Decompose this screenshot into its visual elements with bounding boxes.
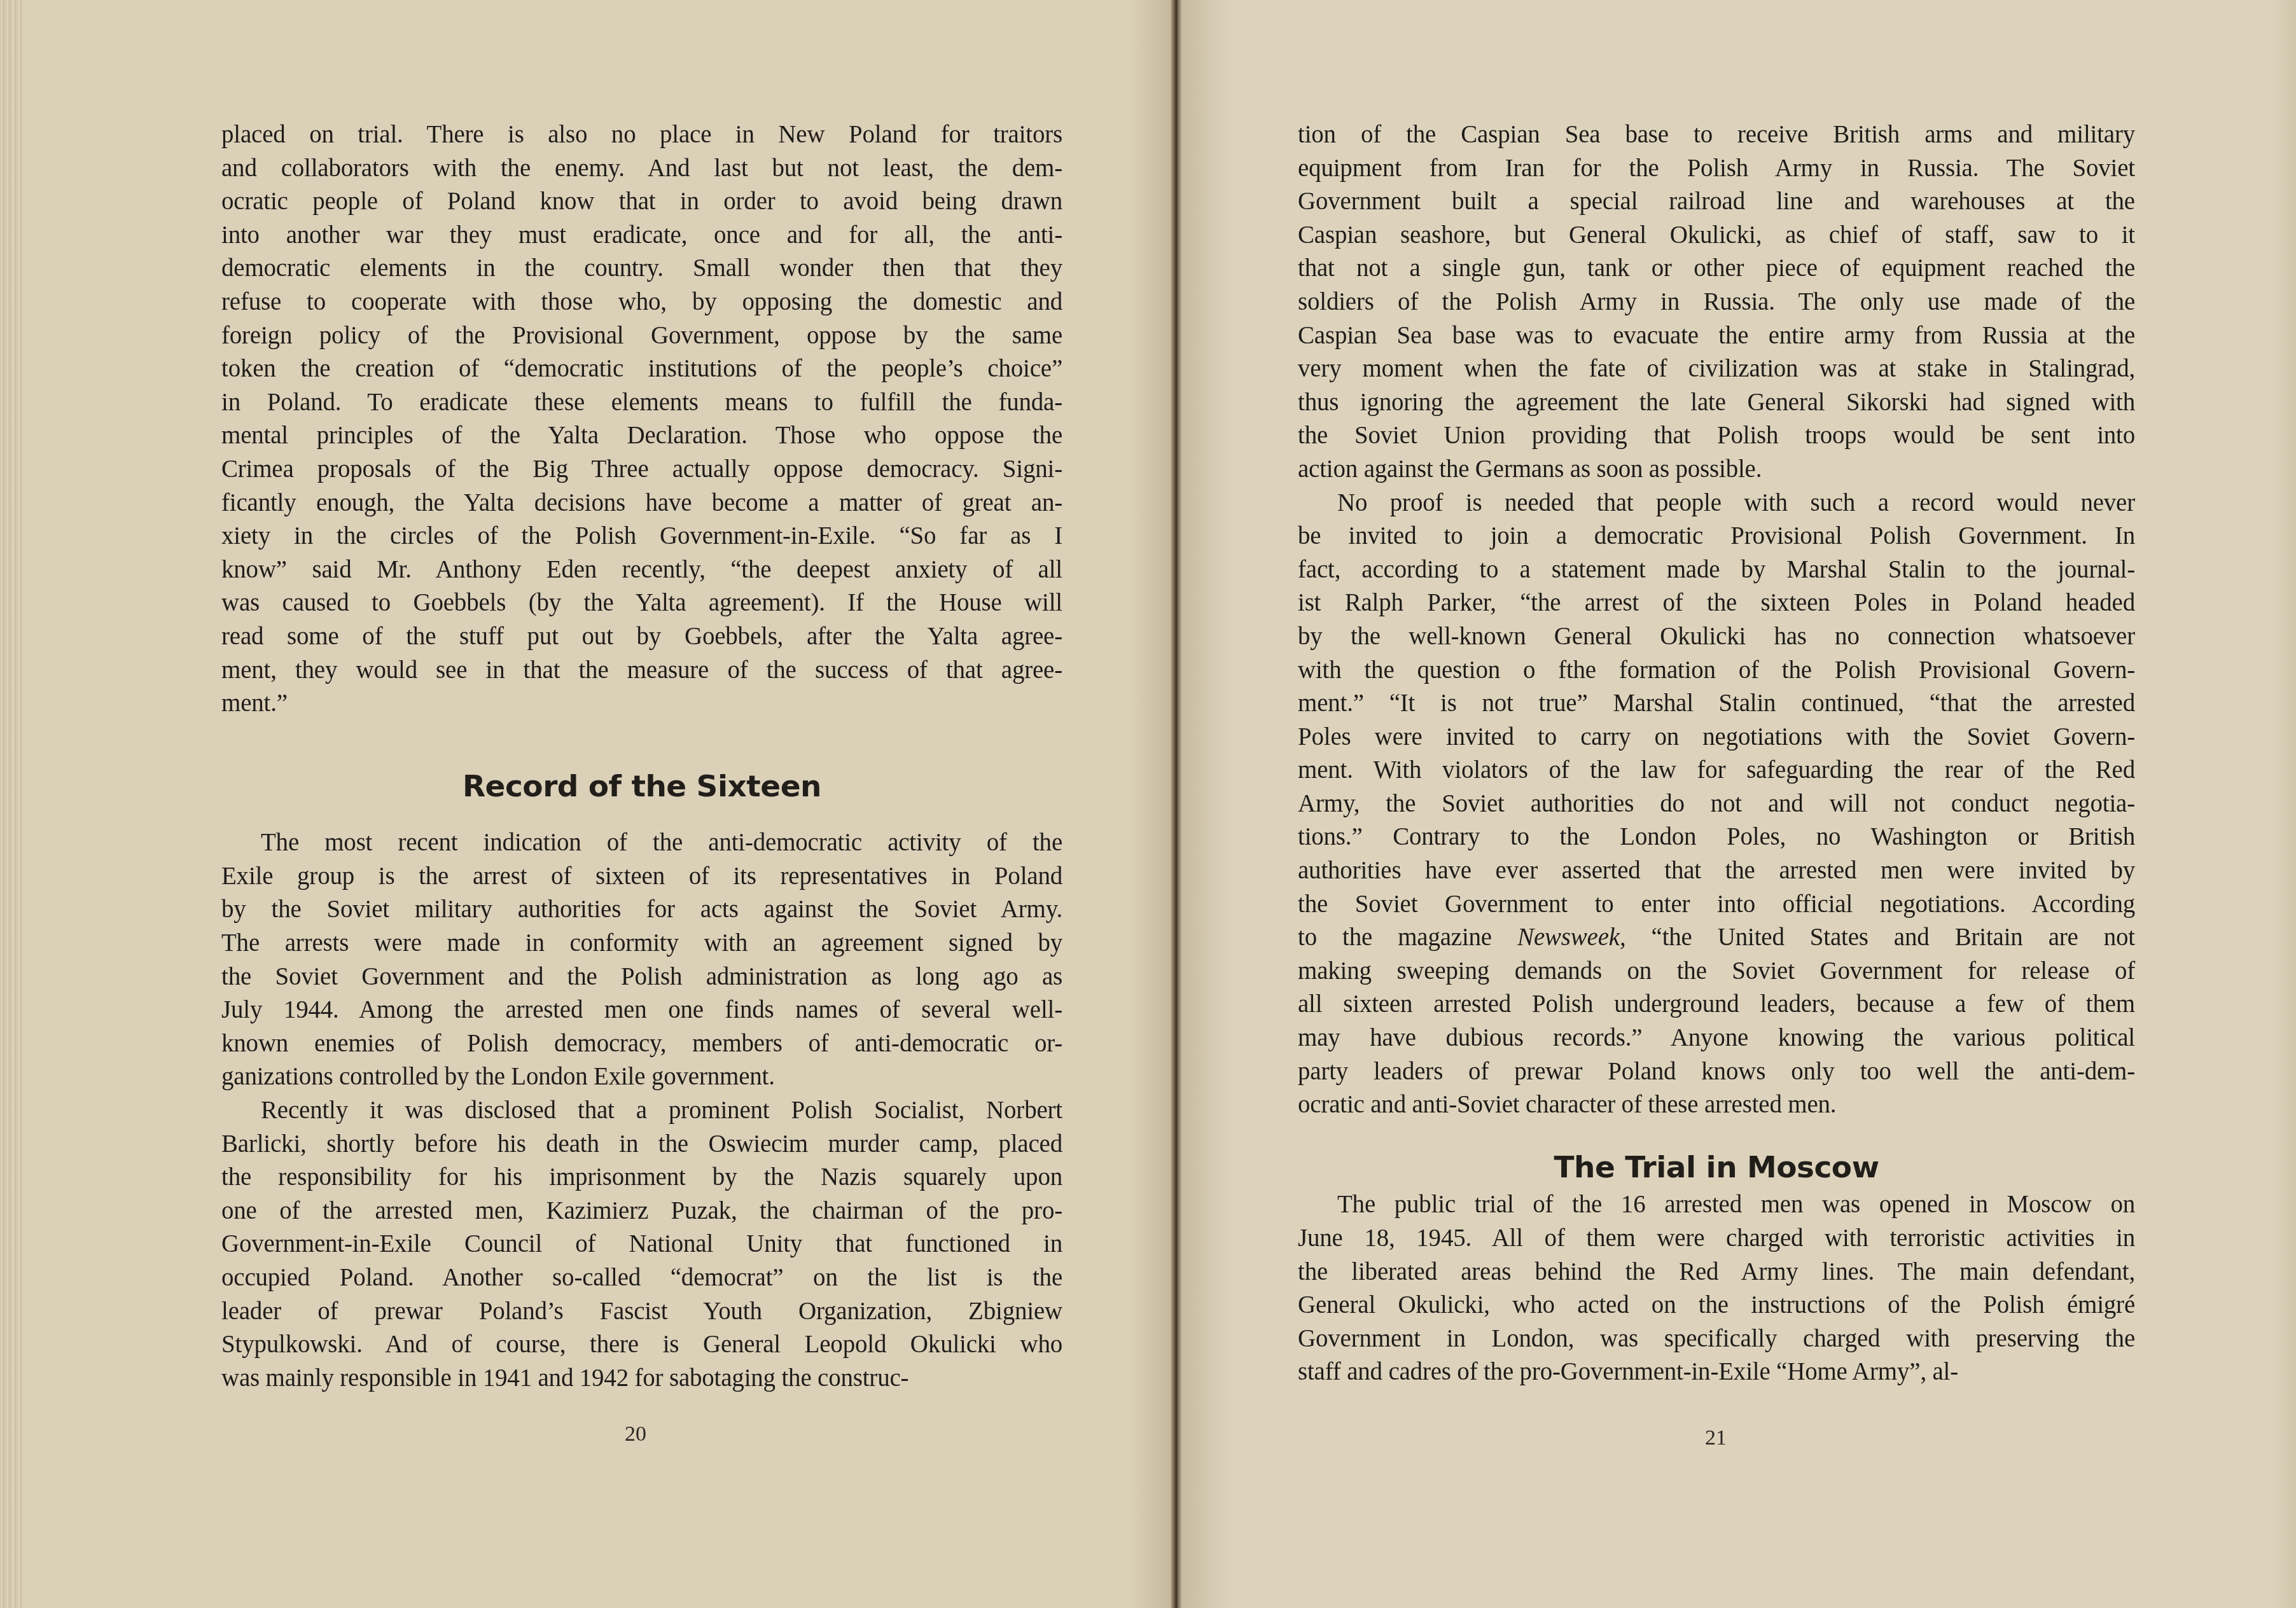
text-line: token the creation of “democratic instit…	[221, 352, 1062, 386]
text-line: very moment when the fate of civilizatio…	[1298, 352, 2135, 386]
text-line: Exile group is the arrest of sixteen of …	[221, 860, 1062, 894]
text-line: was mainly responsible in 1941 and 1942 …	[221, 1362, 1062, 1396]
text-line: with the question o fthe formation of th…	[1298, 654, 2135, 688]
text-line: know” said Mr. Anthony Eden recently, “t…	[221, 553, 1062, 587]
section-heading: The Trial in Moscow	[1298, 1151, 2135, 1185]
text-line: ist Ralph Parker, “the arrest of the six…	[1298, 586, 2135, 620]
text-line: The public trial of the 16 arrested men …	[1298, 1188, 2135, 1222]
text-line: June 18, 1945. All of them were charged …	[1298, 1222, 2135, 1256]
text-line: Caspian seashore, but General Okulicki, …	[1298, 219, 2135, 253]
text-line: xiety in the circles of the Polish Gover…	[221, 520, 1062, 553]
text-line: soldiers of the Polish Army in Russia. T…	[1298, 286, 2135, 319]
text-line: making sweeping demands on the Soviet Go…	[1298, 955, 2135, 988]
text-line: action against the Germans as soon as po…	[1298, 453, 2135, 487]
text-line: refuse to cooperate with those who, by o…	[221, 286, 1062, 319]
paragraph: The public trial of the 16 arrested men …	[1298, 1188, 2135, 1389]
italic-title: Newsweek,	[1517, 924, 1625, 951]
text-line: was caused to Goebbels (by the Yalta agr…	[221, 586, 1062, 620]
text-line: mental principles of the Yalta Declarati…	[221, 419, 1062, 453]
text-line: thus ignoring the agreement the late Gen…	[1298, 386, 2135, 420]
text-line: ment. With violators of the law for safe…	[1298, 754, 2135, 787]
section-heading: Record of the Sixteen	[221, 770, 1062, 804]
text-line: Crimea proposals of the Big Three actual…	[221, 453, 1062, 487]
text-line: in Poland. To eradicate these elements m…	[221, 386, 1062, 420]
text-line: read some of the stuff put out by Goebbe…	[221, 620, 1062, 654]
text-line: Government in London, was specifically c…	[1298, 1322, 2135, 1356]
text-line: may have dubious records.” Anyone knowin…	[1298, 1022, 2135, 1055]
text-line: Barlicki, shortly before his death in th…	[221, 1128, 1062, 1161]
text-line: party leaders of prewar Poland knows onl…	[1298, 1055, 2135, 1089]
page-number-left: 20	[625, 1422, 646, 1446]
text-line: leader of prewar Poland’s Fascist Youth …	[221, 1295, 1062, 1329]
text-line: placed on trial. There is also no place …	[221, 118, 1062, 152]
text-line: the responsibility for his imprisonment …	[221, 1161, 1062, 1195]
text-line: by the Soviet military authorities for a…	[221, 893, 1062, 927]
text-line: the Soviet Government and the Polish adm…	[221, 960, 1062, 994]
text-line: Army, the Soviet authorities do not and …	[1298, 787, 2135, 821]
text-line: by the well-known General Okulicki has n…	[1298, 620, 2135, 654]
text-line: the Soviet Government to enter into offi…	[1298, 888, 2135, 922]
paragraph: The most recent indication of the anti-d…	[221, 826, 1062, 1094]
text-line: General Okulicki, who acted on the instr…	[1298, 1289, 2135, 1322]
text-line: July 1944. Among the arrested men one fi…	[221, 994, 1062, 1027]
text-line: ganizations controlled by the London Exi…	[221, 1060, 1062, 1094]
text-column-left: placed on trial. There is also no place …	[221, 118, 1062, 1395]
text-line: the Soviet Union providing that Polish t…	[1298, 419, 2135, 453]
text-line: The arrests were made in conformity with…	[221, 927, 1062, 960]
text-line: No proof is needed that people with such…	[1298, 487, 2135, 520]
text-line: ment.” “It is not true” Marshal Stalin c…	[1298, 687, 2135, 721]
text-line: ment, they would see in that the measure…	[221, 654, 1062, 688]
text-line: authorities have ever asserted that the …	[1298, 854, 2135, 888]
text-line: equipment from Iran for the Polish Army …	[1298, 152, 2135, 186]
text-line: Poles were invited to carry on negotiati…	[1298, 721, 2135, 754]
text-line: foreign policy of the Provisional Govern…	[221, 319, 1062, 353]
text-line: staff and cadres of the pro-Government-i…	[1298, 1355, 2135, 1389]
text-line: Caspian Sea base was to evacuate the ent…	[1298, 319, 2135, 353]
page-number-right: 21	[1705, 1426, 1727, 1450]
page-edge-left	[0, 0, 22, 1608]
text-line: occupied Poland. Another so-called “demo…	[221, 1261, 1062, 1295]
text-line: one of the arrested men, Kazimierz Puzak…	[221, 1195, 1062, 1228]
text-line: Government built a special railroad line…	[1298, 185, 2135, 219]
text-line: and collaborators with the enemy. And la…	[221, 152, 1062, 186]
text-segment: to the magazine	[1298, 924, 1517, 951]
text-line: democratic elements in the country. Smal…	[221, 252, 1062, 286]
text-line: fact, according to a statement made by M…	[1298, 553, 2135, 587]
text-line: that not a single gun, tank or other pie…	[1298, 252, 2135, 286]
text-line: ocratic people of Poland know that in or…	[221, 185, 1062, 219]
text-line: Stypulkowski. And of course, there is Ge…	[221, 1328, 1062, 1362]
text-line: Recently it was disclosed that a promine…	[221, 1094, 1062, 1128]
text-line: all sixteen arrested Polish underground …	[1298, 988, 2135, 1022]
paragraph: tion of the Caspian Sea base to receive …	[1298, 118, 2135, 487]
text-line: be invited to join a democratic Provisio…	[1298, 520, 2135, 553]
text-line: into another war they must eradicate, on…	[221, 219, 1062, 253]
book-spread: placed on trial. There is also no place …	[0, 0, 2296, 1608]
text-line: the liberated areas behind the Red Army …	[1298, 1256, 2135, 1289]
text-line: to the magazine Newsweek, “the United St…	[1298, 921, 2135, 955]
paragraph: Recently it was disclosed that a promine…	[221, 1094, 1062, 1395]
text-line: ficantly enough, the Yalta decisions hav…	[221, 487, 1062, 520]
text-line: tion of the Caspian Sea base to receive …	[1298, 118, 2135, 152]
text-line: known enemies of Polish democracy, membe…	[221, 1027, 1062, 1061]
paragraph: placed on trial. There is also no place …	[221, 118, 1062, 721]
text-segment: “the United States and Britain are not	[1625, 924, 2135, 951]
paragraph: No proof is needed that people with such…	[1298, 487, 2135, 1122]
text-line: ocratic and anti-Soviet character of the…	[1298, 1088, 2135, 1122]
text-line: Government-in-Exile Council of National …	[221, 1228, 1062, 1261]
text-line: The most recent indication of the anti-d…	[221, 826, 1062, 860]
text-column-right: tion of the Caspian Sea base to receive …	[1298, 118, 2135, 1389]
text-line: ment.”	[221, 687, 1062, 721]
book-gutter	[1171, 0, 1182, 1608]
text-line: tions.” Contrary to the London Poles, no…	[1298, 821, 2135, 854]
